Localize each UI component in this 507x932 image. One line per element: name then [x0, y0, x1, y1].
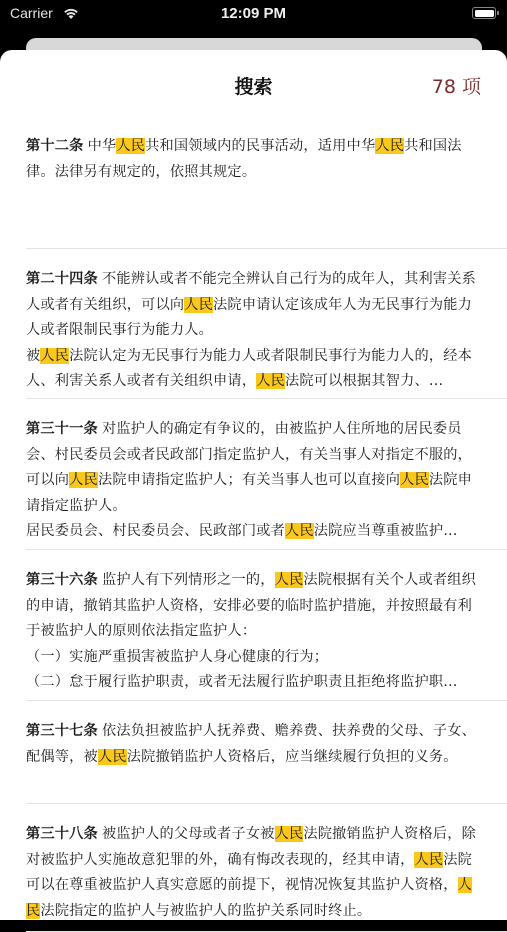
search-highlight: 人民: [400, 472, 429, 488]
search-highlight: 人民: [256, 373, 285, 389]
result-paragraph: 第三十一条对监护人的确定有争议的，由被监护人住所地的居民委员会、村民委员会或者民…: [26, 417, 479, 519]
result-text: 第三十七条依法负担被监护人抚养费、赡养费、扶养费的父母、子女、配偶等，被人民法院…: [26, 719, 479, 770]
result-paragraph: 第三十七条依法负担被监护人抚养费、赡养费、扶养费的父母、子女、配偶等，被人民法院…: [26, 719, 479, 770]
article-number: 第三十六条: [26, 572, 98, 588]
result-item[interactable]: 第三十七条依法负担被监护人抚养费、赡养费、扶养费的父母、子女、配偶等，被人民法院…: [0, 701, 507, 804]
search-highlight: 人民: [184, 297, 213, 313]
results-list[interactable]: 第十二条中华人民共和国领域内的民事活动，适用中华人民共和国法律。法律另有规定的，…: [0, 120, 507, 900]
search-highlight: 人民: [69, 472, 98, 488]
result-paragraph: 居民委员会、村民委员会、民政部门或者人民法院应当尊重被监护…: [26, 519, 479, 545]
search-highlight: 人民: [414, 852, 443, 868]
sheet-header: 搜索 78 项: [0, 50, 507, 120]
search-highlight: 人民: [375, 138, 404, 154]
result-count: 78 项: [432, 72, 481, 99]
status-bar: Carrier 12:09 PM: [0, 0, 507, 30]
result-text: 第三十六条监护人有下列情形之一的，人民法院根据有关个人或者组织的申请，撤销其监护…: [26, 568, 479, 696]
search-highlight: 人民: [116, 138, 145, 154]
result-paragraph: 被人民法院认定为无民事行为能力人或者限制民事行为能力人的，经本人、利害关系人或者…: [26, 344, 479, 395]
article-number: 第三十七条: [26, 723, 98, 739]
article-number: 第十二条: [26, 138, 84, 154]
search-highlight: 人民: [275, 826, 304, 842]
result-paragraph: （二）怠于履行监护职责，或者无法履行监护职责且拒绝将监护职…: [26, 670, 479, 696]
search-highlight: 人民: [40, 348, 69, 364]
result-text: 第十二条中华人民共和国领域内的民事活动，适用中华人民共和国法律。法律另有规定的，…: [26, 134, 479, 185]
result-text: 第三十一条对监护人的确定有争议的，由被监护人住所地的居民委员会、村民委员会或者民…: [26, 417, 479, 545]
result-item[interactable]: 第十二条中华人民共和国领域内的民事活动，适用中华人民共和国法律。法律另有规定的，…: [0, 120, 507, 249]
result-text: 第二十四条不能辨认或者不能完全辨认自己行为的成年人，其利害关系人或者有关组织，可…: [26, 267, 479, 395]
result-text: 第三十八条被监护人的父母或者子女被人民法院撤销监护人资格后，除对被监护人实施故意…: [26, 822, 479, 900]
search-highlight: 人民: [98, 749, 127, 765]
battery-icon: [472, 7, 496, 19]
result-item[interactable]: 第二十四条不能辨认或者不能完全辨认自己行为的成年人，其利害关系人或者有关组织，可…: [0, 249, 507, 399]
search-sheet: 搜索 78 项 第十二条中华人民共和国领域内的民事活动，适用中华人民共和国法律。…: [0, 50, 507, 900]
article-number: 第三十一条: [26, 421, 98, 437]
result-paragraph: 第十二条中华人民共和国领域内的民事活动，适用中华人民共和国法律。法律另有规定的，…: [26, 134, 479, 185]
result-item[interactable]: 第三十六条监护人有下列情形之一的，人民法院根据有关个人或者组织的申请，撤销其监护…: [0, 550, 507, 701]
search-highlight: 人民: [275, 572, 304, 588]
clock: 12:09 PM: [0, 5, 507, 22]
article-number: 第二十四条: [26, 271, 98, 287]
search-highlight: 人民: [26, 877, 472, 900]
search-highlight: 人民: [285, 523, 314, 539]
result-paragraph: 第三十八条被监护人的父母或者子女被人民法院撤销监护人资格后，除对被监护人实施故意…: [26, 822, 479, 900]
article-number: 第三十八条: [26, 826, 98, 842]
result-paragraph: 第三十六条监护人有下列情形之一的，人民法院根据有关个人或者组织的申请，撤销其监护…: [26, 568, 479, 645]
result-paragraph: （一）实施严重损害被监护人身心健康的行为；: [26, 645, 479, 671]
result-item[interactable]: 第三十八条被监护人的父母或者子女被人民法院撤销监护人资格后，除对被监护人实施故意…: [0, 804, 507, 900]
result-item[interactable]: 第三十一条对监护人的确定有争议的，由被监护人住所地的居民委员会、村民委员会或者民…: [0, 399, 507, 550]
result-paragraph: 第二十四条不能辨认或者不能完全辨认自己行为的成年人，其利害关系人或者有关组织，可…: [26, 267, 479, 344]
